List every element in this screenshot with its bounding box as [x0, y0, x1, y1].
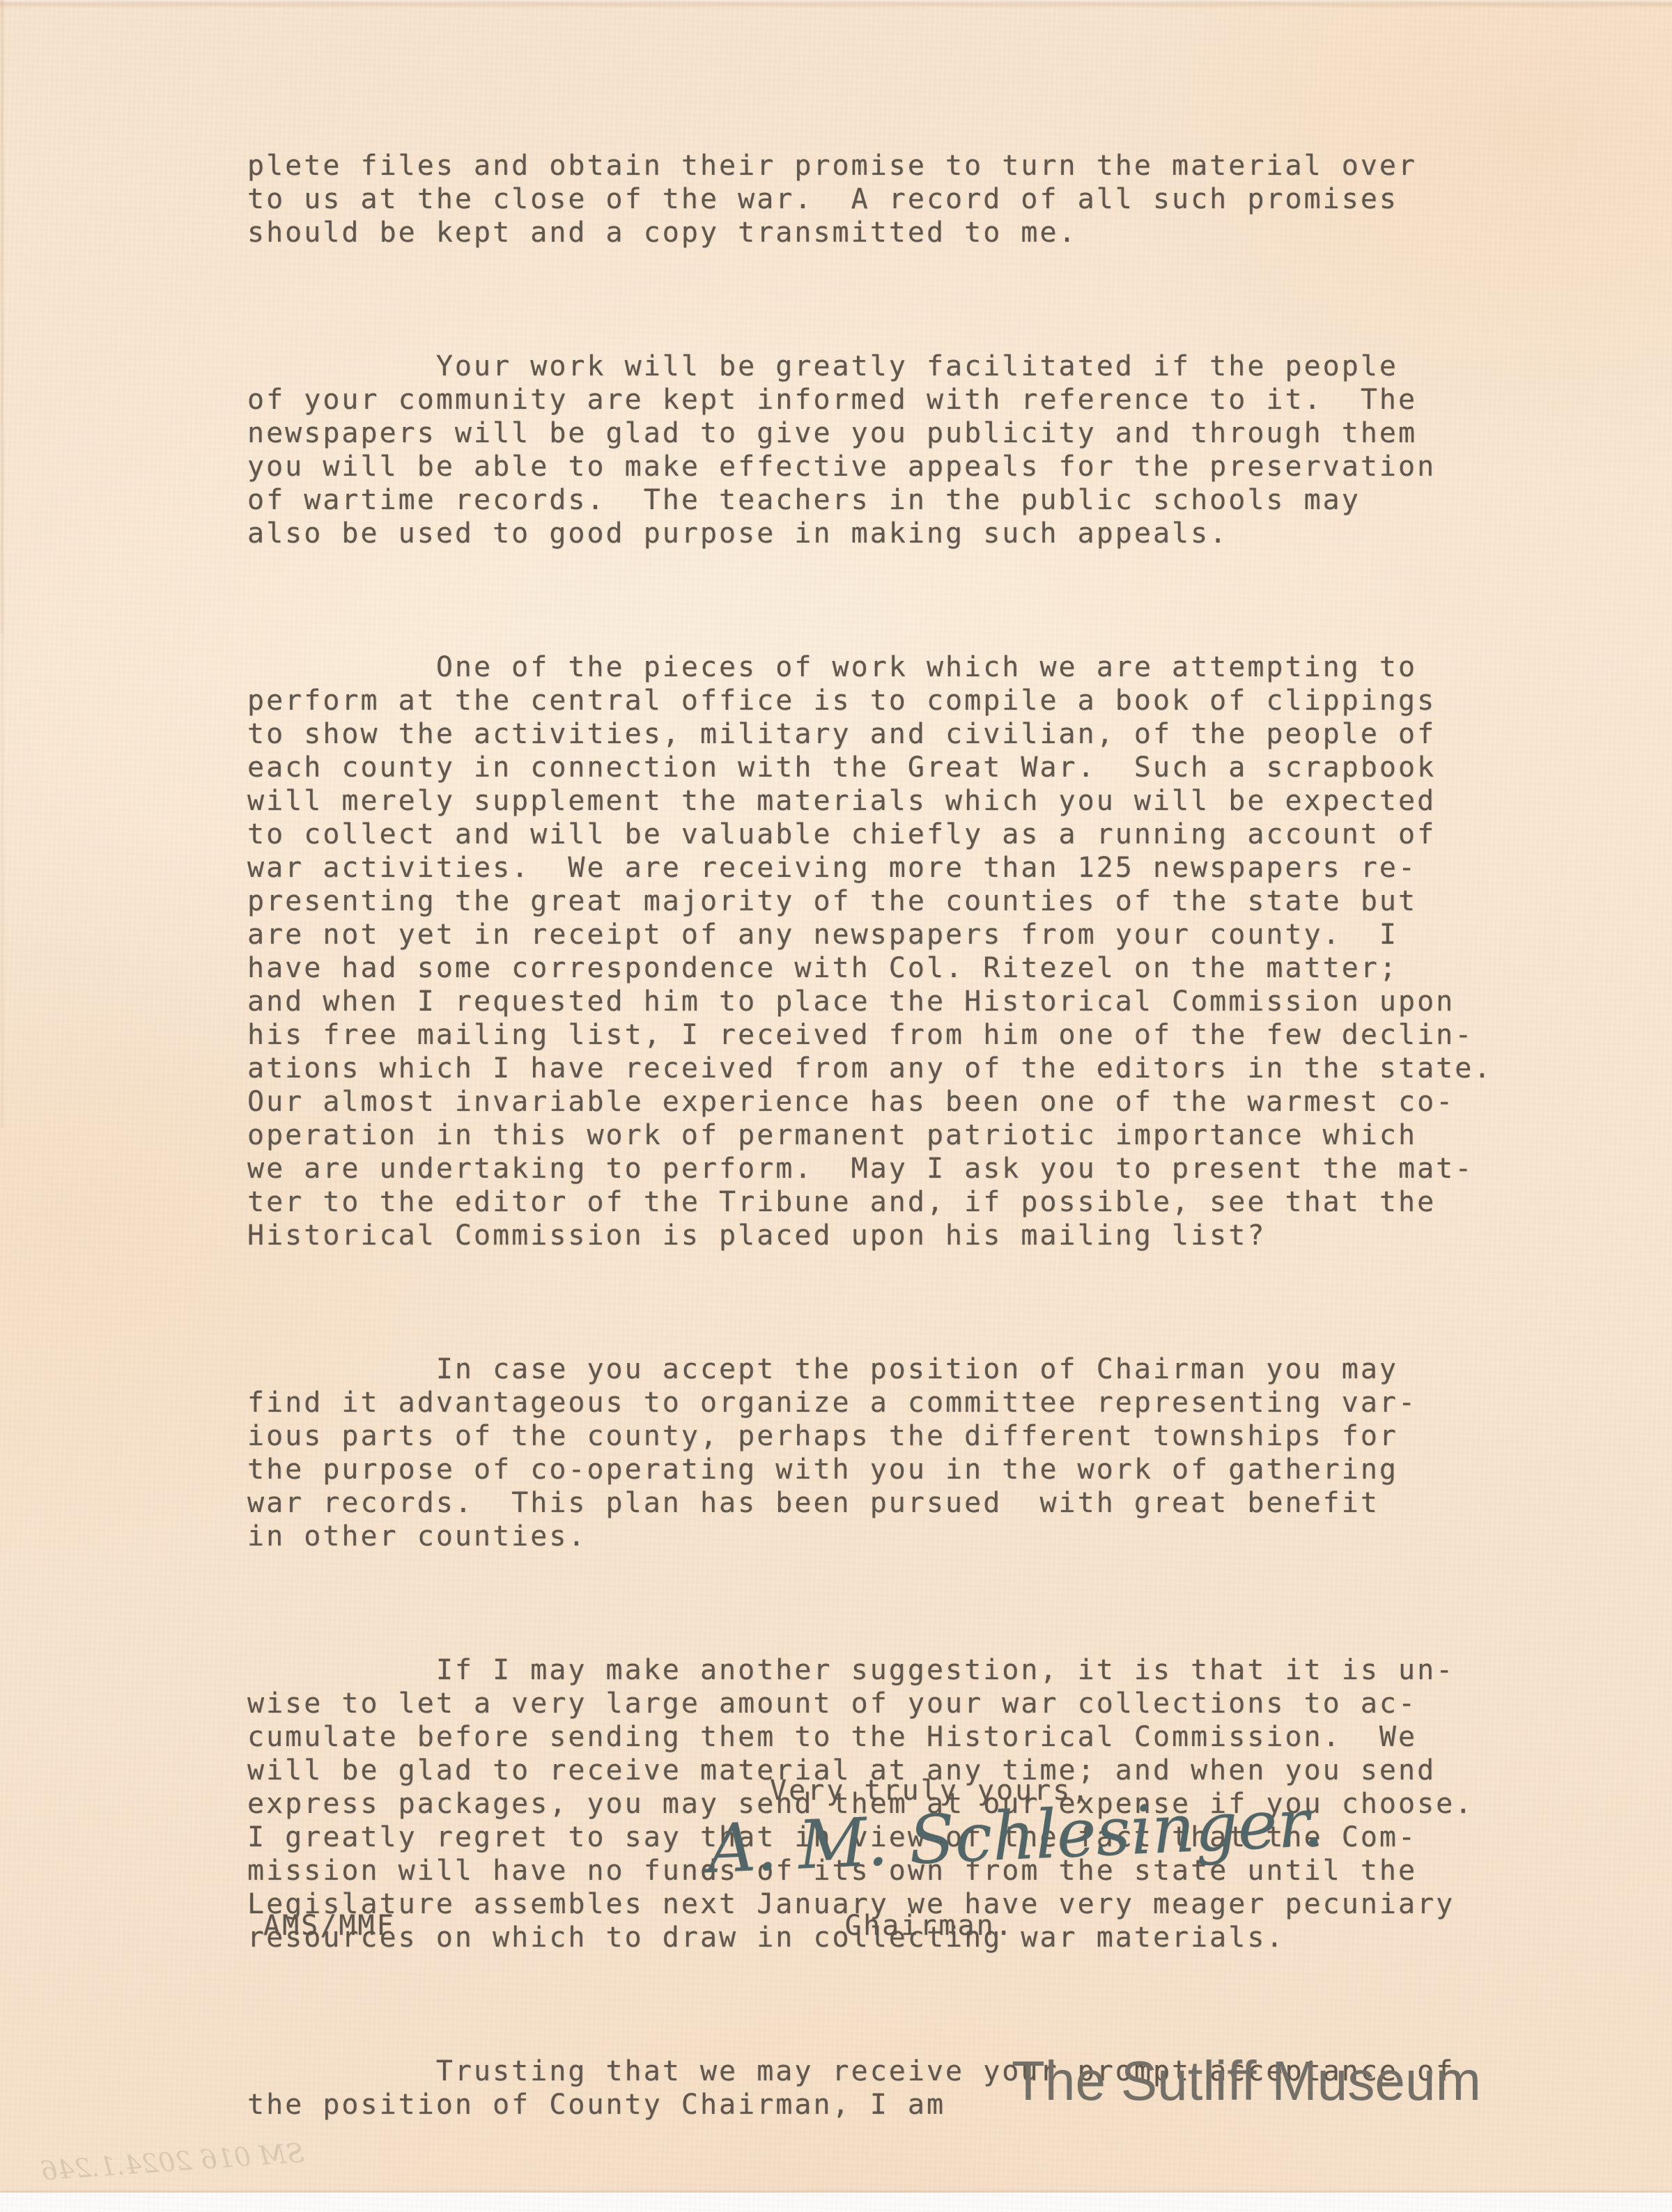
fold-crease-vertical-left — [0, 0, 5, 1128]
signature-title: Chairman. — [844, 1910, 1014, 1942]
paragraph-committee: In case you accept the position of Chair… — [247, 1353, 1571, 1553]
typist-initials: AMS/MMF — [263, 1910, 396, 1942]
fold-crease-horizontal-upper — [0, 0, 1672, 6]
fold-crease-horizontal-lower — [0, 0, 1672, 8]
museum-watermark: The Sutliff Museum — [1012, 2049, 1481, 2113]
scanned-letter-page: plete files and obtain their promise to … — [0, 0, 1672, 2212]
paragraph-clippings-book: One of the pieces of work which we are a… — [247, 651, 1571, 1252]
paragraph-continuation: plete files and obtain their promise to … — [247, 149, 1571, 249]
scanner-background-strip — [0, 2192, 1672, 2212]
fold-crease-vertical-right — [0, 0, 4, 634]
paragraph-publicity: Your work will be greatly facilitated if… — [247, 350, 1571, 550]
